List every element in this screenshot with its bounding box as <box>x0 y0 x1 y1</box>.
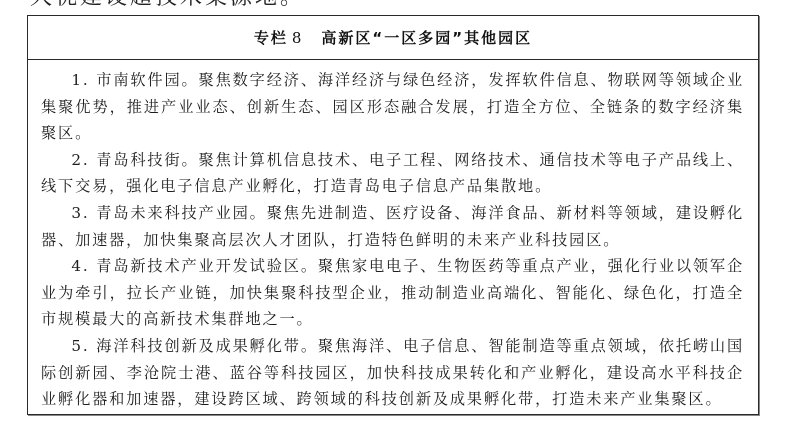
box-number: 8 <box>292 29 304 47</box>
box-title: 高新区“一区多园”其他园区 <box>321 27 532 48</box>
list-item: 3. 青岛未来科技产业园。聚焦先进制造、医疗设备、海洋食品、新材料等领域，建设孵… <box>41 200 744 253</box>
box-body: 1. 市南软件园。聚焦数字经济、海洋经济与绿色经济，发挥软件信息、物联网等领域企… <box>28 60 758 413</box>
list-item: 5. 海洋科技创新及成果孵化带。聚焦海洋、电子信息、智能制造等重点领域，依托崂山… <box>41 333 744 413</box>
sidebar-box: 专栏8 高新区“一区多园”其他园区 1. 市南软件园。聚焦数字经济、海洋经济与绿… <box>27 15 759 415</box>
box-label-text: 专栏 <box>254 29 288 47</box>
list-item: 4. 青岛新技术产业开发试验区。聚焦家电电子、生物医药等重点产业，强化行业以领军… <box>41 253 744 333</box>
clipped-previous-paragraph: 大优建设超技术集源地。 <box>30 0 305 10</box>
box-label: 专栏8 <box>254 27 304 48</box>
list-item: 2. 青岛科技街。聚焦计算机信息技术、电子工程、网络技术、通信技术等电子产品线上… <box>41 147 744 200</box>
list-item: 1. 市南软件园。聚焦数字经济、海洋经济与绿色经济，发挥软件信息、物联网等领域企… <box>41 67 744 147</box>
box-header: 专栏8 高新区“一区多园”其他园区 <box>28 16 758 60</box>
